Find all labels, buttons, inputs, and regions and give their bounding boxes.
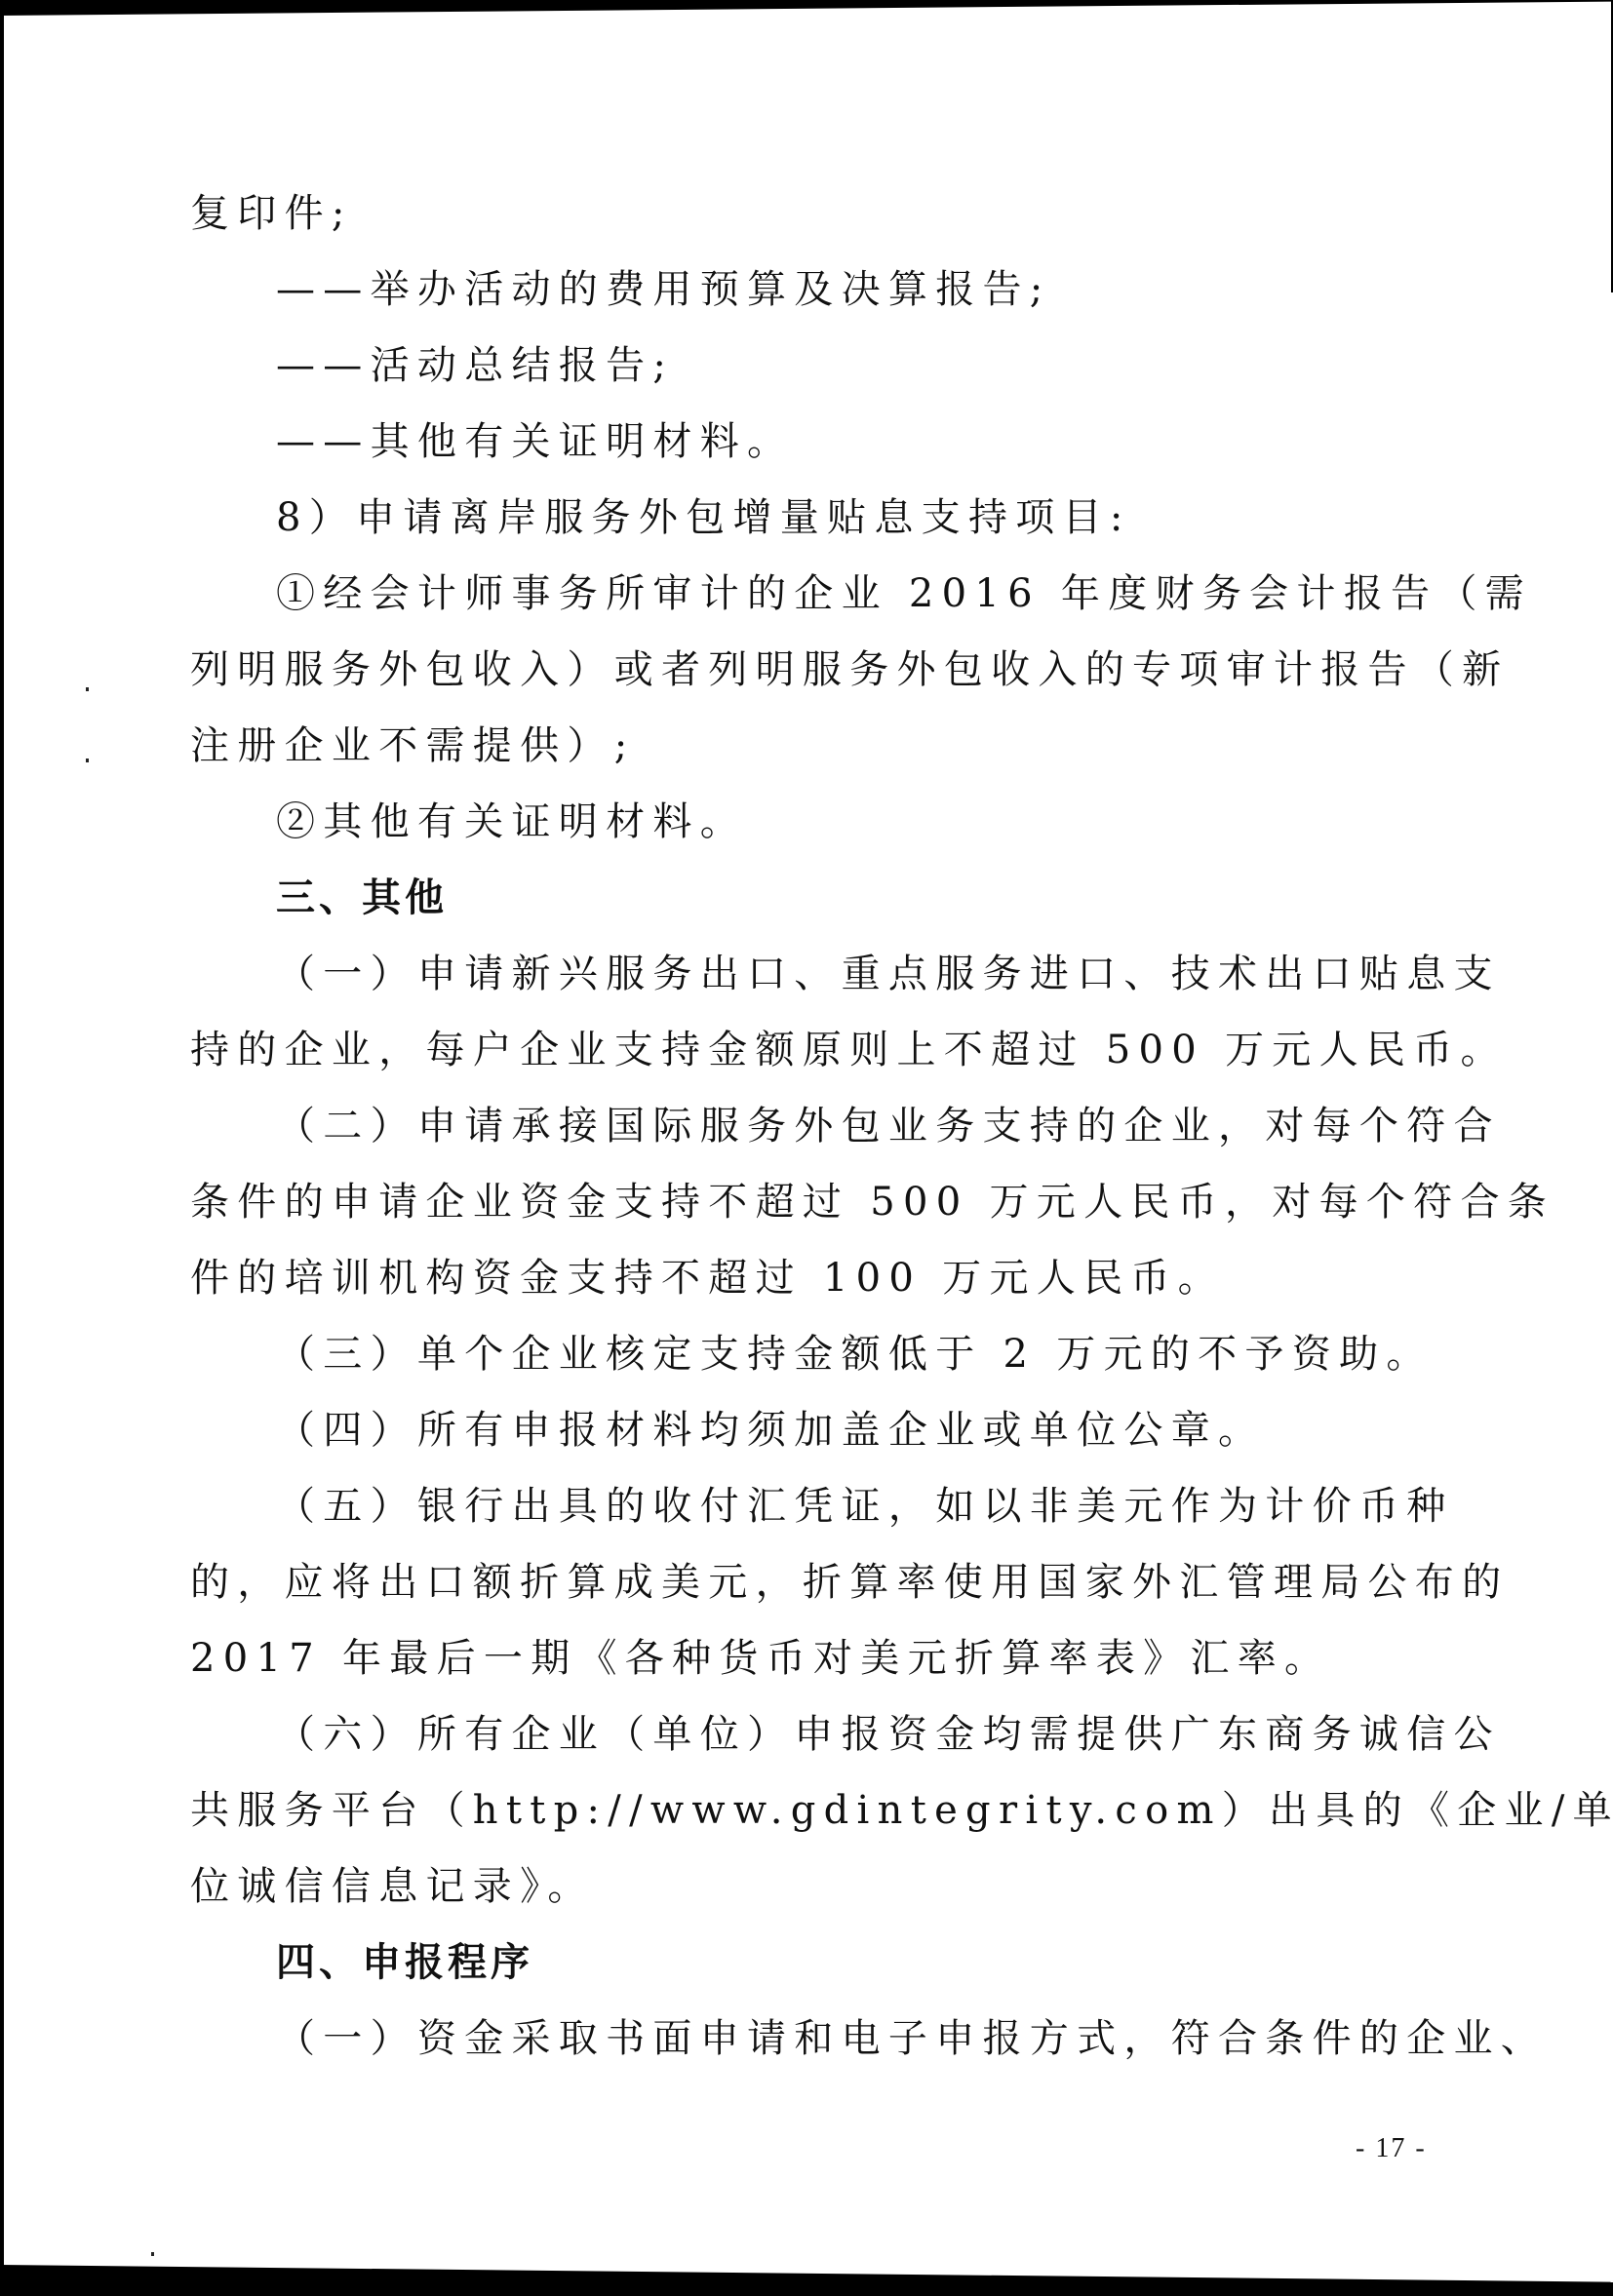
text-line: 持的企业，每户企业支持金额原则上不超过 500 万元人民币。 <box>190 1020 1395 1096</box>
paragraph-start: （三）单个企业核定支持金额低于 2 万元的不予资助。 <box>190 1324 1395 1400</box>
paragraph-start: ①经会计师事务所审计的企业 2016 年度财务会计报告（需 <box>190 564 1395 640</box>
paragraph-start: （六）所有企业（单位）申报资金均需提供广东商务诚信公 <box>190 1704 1395 1780</box>
paragraph-start: （一）申请新兴服务出口、重点服务进口、技术出口贴息支 <box>190 944 1395 1020</box>
paragraph-start: （五）银行出具的收付汇凭证，如以非美元作为计价币种 <box>190 1476 1395 1552</box>
text-line: 位诚信信息记录》。 <box>190 1856 1395 1932</box>
paragraph-start: ②其他有关证明材料。 <box>190 792 1395 868</box>
text-line: 的，应将出口额折算成美元，折算率使用国家外汇管理局公布的 <box>190 1552 1395 1628</box>
scan-speck <box>151 2252 154 2256</box>
text-line: 复印件; <box>190 183 1395 259</box>
list-item: ——活动总结报告; <box>190 335 1395 411</box>
text-line: 件的培训机构资金支持不超过 100 万元人民币。 <box>190 1248 1395 1324</box>
paragraph-start: （一）资金采取书面申请和电子申报方式，符合条件的企业、 <box>190 2008 1395 2084</box>
paragraph-start: 8）申请离岸服务外包增量贴息支持项目: <box>190 487 1395 564</box>
list-item: ——举办活动的费用预算及决算报告; <box>190 259 1395 335</box>
scan-border-left <box>0 0 4 2296</box>
scan-border-top <box>0 0 1613 16</box>
document-body: 复印件; ——举办活动的费用预算及决算报告; ——活动总结报告; ——其他有关证… <box>190 183 1395 2084</box>
section-heading: 四、申报程序 <box>190 1932 1395 2008</box>
paragraph-start: （二）申请承接国际服务外包业务支持的企业，对每个符合 <box>190 1096 1395 1172</box>
text-line: 列明服务外包收入）或者列明服务外包收入的专项审计报告（新 <box>190 640 1395 716</box>
section-heading: 三、其他 <box>190 868 1395 944</box>
scan-border-bottom <box>0 2265 1613 2296</box>
text-line: 共服务平台（http://www.gdintegrity.com）出具的《企业/… <box>190 1780 1395 1856</box>
page-number: - 17 - <box>1356 2133 1427 2164</box>
text-line: 2017 年最后一期《各种货币对美元折算率表》汇率。 <box>190 1628 1395 1704</box>
text-line: 条件的申请企业资金支持不超过 500 万元人民币，对每个符合条 <box>190 1172 1395 1248</box>
scan-speck <box>86 759 89 762</box>
text-line: 注册企业不需提供）; <box>190 716 1395 792</box>
scan-speck <box>86 687 89 691</box>
list-item: ——其他有关证明材料。 <box>190 411 1395 487</box>
paragraph-start: （四）所有申报材料均须加盖企业或单位公章。 <box>190 1400 1395 1476</box>
